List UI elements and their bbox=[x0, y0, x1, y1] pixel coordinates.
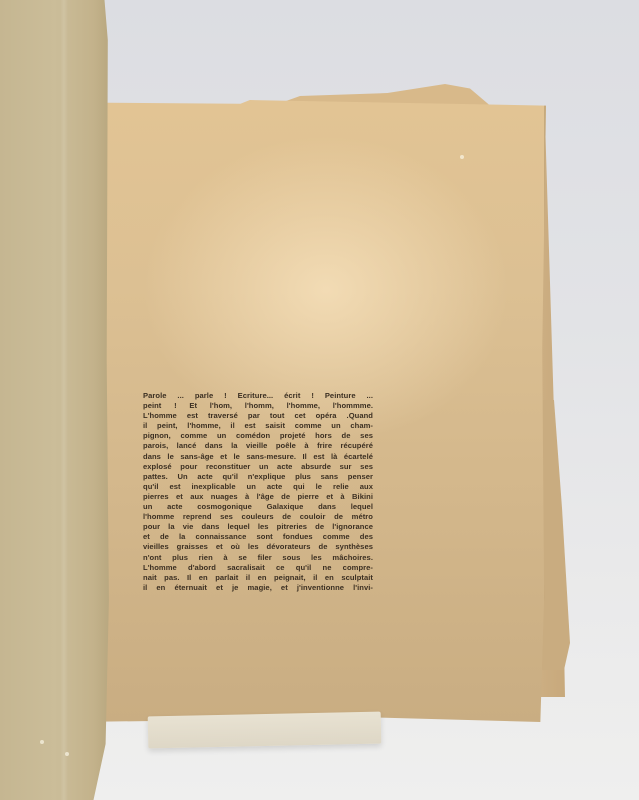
printed-text-block: Parole ... parle ! Ecriture... écrit ! P… bbox=[143, 391, 373, 593]
text-line: un acte cosmogonique Galaxique dans lequ… bbox=[143, 502, 373, 512]
text-line: Parole ... parle ! Ecriture... écrit ! P… bbox=[143, 391, 373, 401]
text-line: il en éternuait et je magie, et j'invent… bbox=[143, 583, 373, 593]
paper-slip bbox=[148, 712, 382, 749]
text-line: peint ! Et l'hom, l'homm, l'homme, l'hom… bbox=[143, 401, 373, 411]
text-line: n'ont plus rien à se filer sous les mâch… bbox=[143, 553, 373, 563]
paper-speck bbox=[40, 740, 44, 744]
book-photo-scene: Parole ... parle ! Ecriture... écrit ! P… bbox=[0, 0, 639, 800]
text-line: qu'il est inexplicable un acte qui le re… bbox=[143, 482, 373, 492]
text-line: et de la connaissance sont fondues comme… bbox=[143, 532, 373, 542]
text-line: L'homme est traversé par tout cet opéra … bbox=[143, 411, 373, 421]
text-line: explosé pour reconstituer un acte absurd… bbox=[143, 462, 373, 472]
left-page-curled bbox=[0, 0, 110, 800]
text-line: dans le sans-âge et le sans-mesure. Il e… bbox=[143, 452, 373, 462]
left-page-highlight bbox=[60, 0, 68, 800]
text-line: pour la vie dans lequel les pitreries de… bbox=[143, 522, 373, 532]
text-line: l'homme reprend ses couleurs de couloir … bbox=[143, 512, 373, 522]
paper-speck bbox=[65, 752, 69, 756]
text-line: pignon, comme un comédon projeté hors de… bbox=[143, 431, 373, 441]
text-line: vieilles graisses et où les dévorateurs … bbox=[143, 542, 373, 552]
text-line: il peint, l'homme, il est saisit comme u… bbox=[143, 421, 373, 431]
text-line: nait pas. Il en parlait il en peignait, … bbox=[143, 573, 373, 583]
text-line: pattes. Un acte qu'il n'explique plus sa… bbox=[143, 472, 373, 482]
text-line: L'homme d'abord sacralisait ce qu'il ne … bbox=[143, 563, 373, 573]
text-line: parois, lancé dans la vieille poêle à fr… bbox=[143, 441, 373, 451]
paper-speck bbox=[460, 155, 464, 159]
text-line: pierres et aux nuages à l'âge de pierre … bbox=[143, 492, 373, 502]
